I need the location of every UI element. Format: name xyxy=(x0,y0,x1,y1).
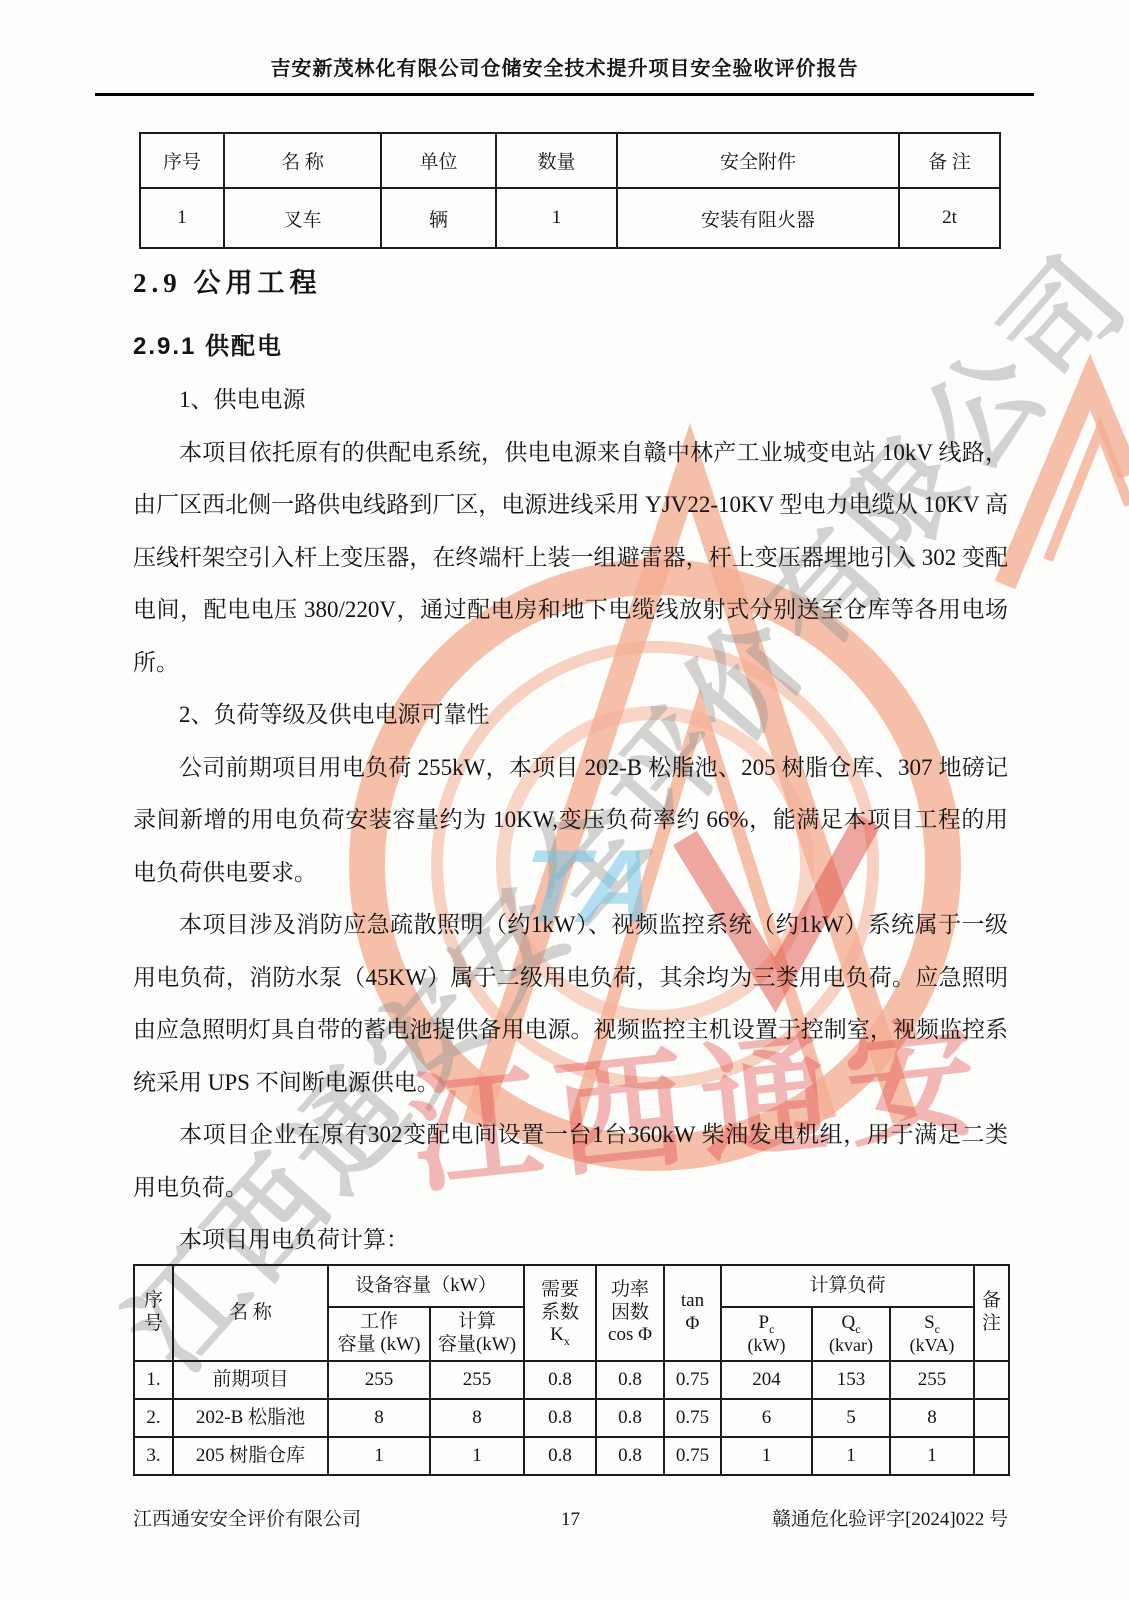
tan-phi-symbol: Φ xyxy=(686,1313,700,1334)
equip-cell-serial: 1 xyxy=(140,188,224,248)
cell: 255 xyxy=(890,1361,974,1399)
cell: 204 xyxy=(721,1361,812,1399)
cell xyxy=(974,1361,1009,1399)
paragraph-generator: 本项目企业在原有302变配电间设置一台1台360kW 柴油发电机组，用于满足二类… xyxy=(133,1109,1008,1214)
load-header-sc: Sc(kVA) xyxy=(890,1307,974,1361)
cell: 0.75 xyxy=(664,1399,721,1437)
section-heading-2-9: 2.9 公用工程 xyxy=(133,261,322,300)
load-header-calc-capacity: 计算 容量(kW) xyxy=(430,1307,524,1361)
load-calculation-table: 序 号 名 称 设备容量（kW） 需要 系数 Kx 功率 因数 cos Φ ta… xyxy=(133,1264,1010,1476)
cell: 1. xyxy=(134,1361,173,1399)
load-header-remark: 备 注 xyxy=(974,1265,1009,1361)
cell: 1 xyxy=(430,1437,524,1475)
paragraph-load-calc-intro: 本项目用电负荷计算： xyxy=(133,1214,1008,1267)
cell: 8 xyxy=(430,1399,524,1437)
footer-page-number: 17 xyxy=(531,1509,611,1531)
equip-header-qty: 数量 xyxy=(496,133,617,188)
equip-cell-unit: 辆 xyxy=(381,188,496,248)
cell: 2. xyxy=(134,1399,173,1437)
cell: 0.8 xyxy=(524,1361,596,1399)
equip-cell-safety: 安装有阻火器 xyxy=(617,188,899,248)
load-header-serial: 序 号 xyxy=(134,1265,173,1361)
cell: 6 xyxy=(721,1399,812,1437)
paragraph-power-supply: 本项目依托原有的供配电系统，供电电源来自赣中林产工业城变电站 10kV 线路，由… xyxy=(133,427,1008,690)
load-table-header-row-1: 序 号 名 称 设备容量（kW） 需要 系数 Kx 功率 因数 cos Φ ta… xyxy=(134,1265,1009,1307)
equip-header-name: 名 称 xyxy=(224,133,381,188)
header-divider xyxy=(95,93,1034,96)
footer-company: 江西通安安全评价有限公司 xyxy=(133,1504,531,1531)
subheading-power-source: 1、供电电源 xyxy=(133,374,1008,427)
cell: 1 xyxy=(328,1437,430,1475)
paragraph-load-capacity: 公司前期项目用电负荷 255kW，本项目 202-B 松脂池、205 树脂仓库、… xyxy=(133,742,1008,900)
paragraph-load-classes: 本项目涉及消防应急疏散照明（约1kW）、视频监控系统（约1kW）系统属于一级用电… xyxy=(133,899,1008,1109)
cell: 0.75 xyxy=(664,1437,721,1475)
load-header-qc: Qc(kvar) xyxy=(812,1307,890,1361)
load-header-pc: Pc(kW) xyxy=(721,1307,812,1361)
load-header-equipment-capacity: 设备容量（kW） xyxy=(328,1265,524,1307)
subheading-load-grade: 2、负荷等级及供电电源可靠性 xyxy=(133,689,1008,742)
equip-header-safety: 安全附件 xyxy=(617,133,899,188)
equip-cell-qty: 1 xyxy=(496,188,617,248)
cell xyxy=(974,1399,1009,1437)
cos-phi-symbol: cos Φ xyxy=(608,1324,652,1345)
cell: 3. xyxy=(134,1437,173,1475)
cell xyxy=(974,1437,1009,1475)
load-header-tan-phi: tan Φ xyxy=(664,1265,721,1361)
report-title: 吉安新茂林化有限公司仓储安全技术提升项目安全验收评价报告 xyxy=(0,52,1129,81)
page-content: 吉安新茂林化有限公司仓储安全技术提升项目安全验收评价报告 序号 名 称 单位 数… xyxy=(0,0,1129,1600)
equipment-table-header-row: 序号 名 称 单位 数量 安全附件 备 注 xyxy=(140,133,1000,188)
equipment-table-row: 1 叉车 辆 1 安装有阻火器 2t xyxy=(140,188,1000,248)
cell: 255 xyxy=(430,1361,524,1399)
equipment-table: 序号 名 称 单位 数量 安全附件 备 注 1 叉车 辆 1 安装有阻火器 2t xyxy=(139,132,1001,249)
kx-symbol: Kx xyxy=(550,1324,570,1345)
load-table-row-1: 1. 前期项目 255 255 0.8 0.8 0.75 204 153 255 xyxy=(134,1361,1009,1399)
cell: 前期项目 xyxy=(173,1361,328,1399)
equip-cell-remark: 2t xyxy=(899,188,1000,248)
section-heading-2-9-1: 2.9.1 供配电 xyxy=(133,326,283,361)
equip-header-serial: 序号 xyxy=(140,133,224,188)
load-header-calculated-load: 计算负荷 xyxy=(721,1265,974,1307)
page-footer: 江西通安安全评价有限公司 17 赣通危化验评字[2024]022 号 xyxy=(133,1504,1008,1531)
cell: 0.8 xyxy=(596,1399,664,1437)
cell: 1 xyxy=(721,1437,812,1475)
cell: 255 xyxy=(328,1361,430,1399)
cell: 153 xyxy=(812,1361,890,1399)
cell: 0.8 xyxy=(596,1361,664,1399)
cell: 205 树脂仓库 xyxy=(173,1437,328,1475)
cell: 5 xyxy=(812,1399,890,1437)
load-header-demand-factor: 需要 系数 Kx xyxy=(524,1265,596,1361)
load-header-power-factor: 功率 因数 cos Φ xyxy=(596,1265,664,1361)
cell: 8 xyxy=(890,1399,974,1437)
load-header-name: 名 称 xyxy=(173,1265,328,1361)
cell: 202-B 松脂池 xyxy=(173,1399,328,1437)
cell: 1 xyxy=(812,1437,890,1475)
body-text: 1、供电电源 本项目依托原有的供配电系统，供电电源来自赣中林产工业城变电站 10… xyxy=(133,374,1008,1267)
load-table-row-2: 2. 202-B 松脂池 8 8 0.8 0.8 0.75 6 5 8 xyxy=(134,1399,1009,1437)
cell: 0.8 xyxy=(524,1399,596,1437)
load-table-row-3: 3. 205 树脂仓库 1 1 0.8 0.8 0.75 1 1 1 xyxy=(134,1437,1009,1475)
equip-cell-name: 叉车 xyxy=(224,188,381,248)
footer-document-number: 赣通危化验评字[2024]022 号 xyxy=(611,1504,1009,1531)
equip-header-remark: 备 注 xyxy=(899,133,1000,188)
cell: 1 xyxy=(890,1437,974,1475)
cell: 0.75 xyxy=(664,1361,721,1399)
cell: 8 xyxy=(328,1399,430,1437)
equip-header-unit: 单位 xyxy=(381,133,496,188)
cell: 0.8 xyxy=(596,1437,664,1475)
document-page: 江西通安安全评价有限公司 江西通安 TA 吉安新茂林化有限公司仓储安全技术提升项… xyxy=(0,0,1129,1600)
cell: 0.8 xyxy=(524,1437,596,1475)
load-header-working-capacity: 工作 容量 (kW) xyxy=(328,1307,430,1361)
